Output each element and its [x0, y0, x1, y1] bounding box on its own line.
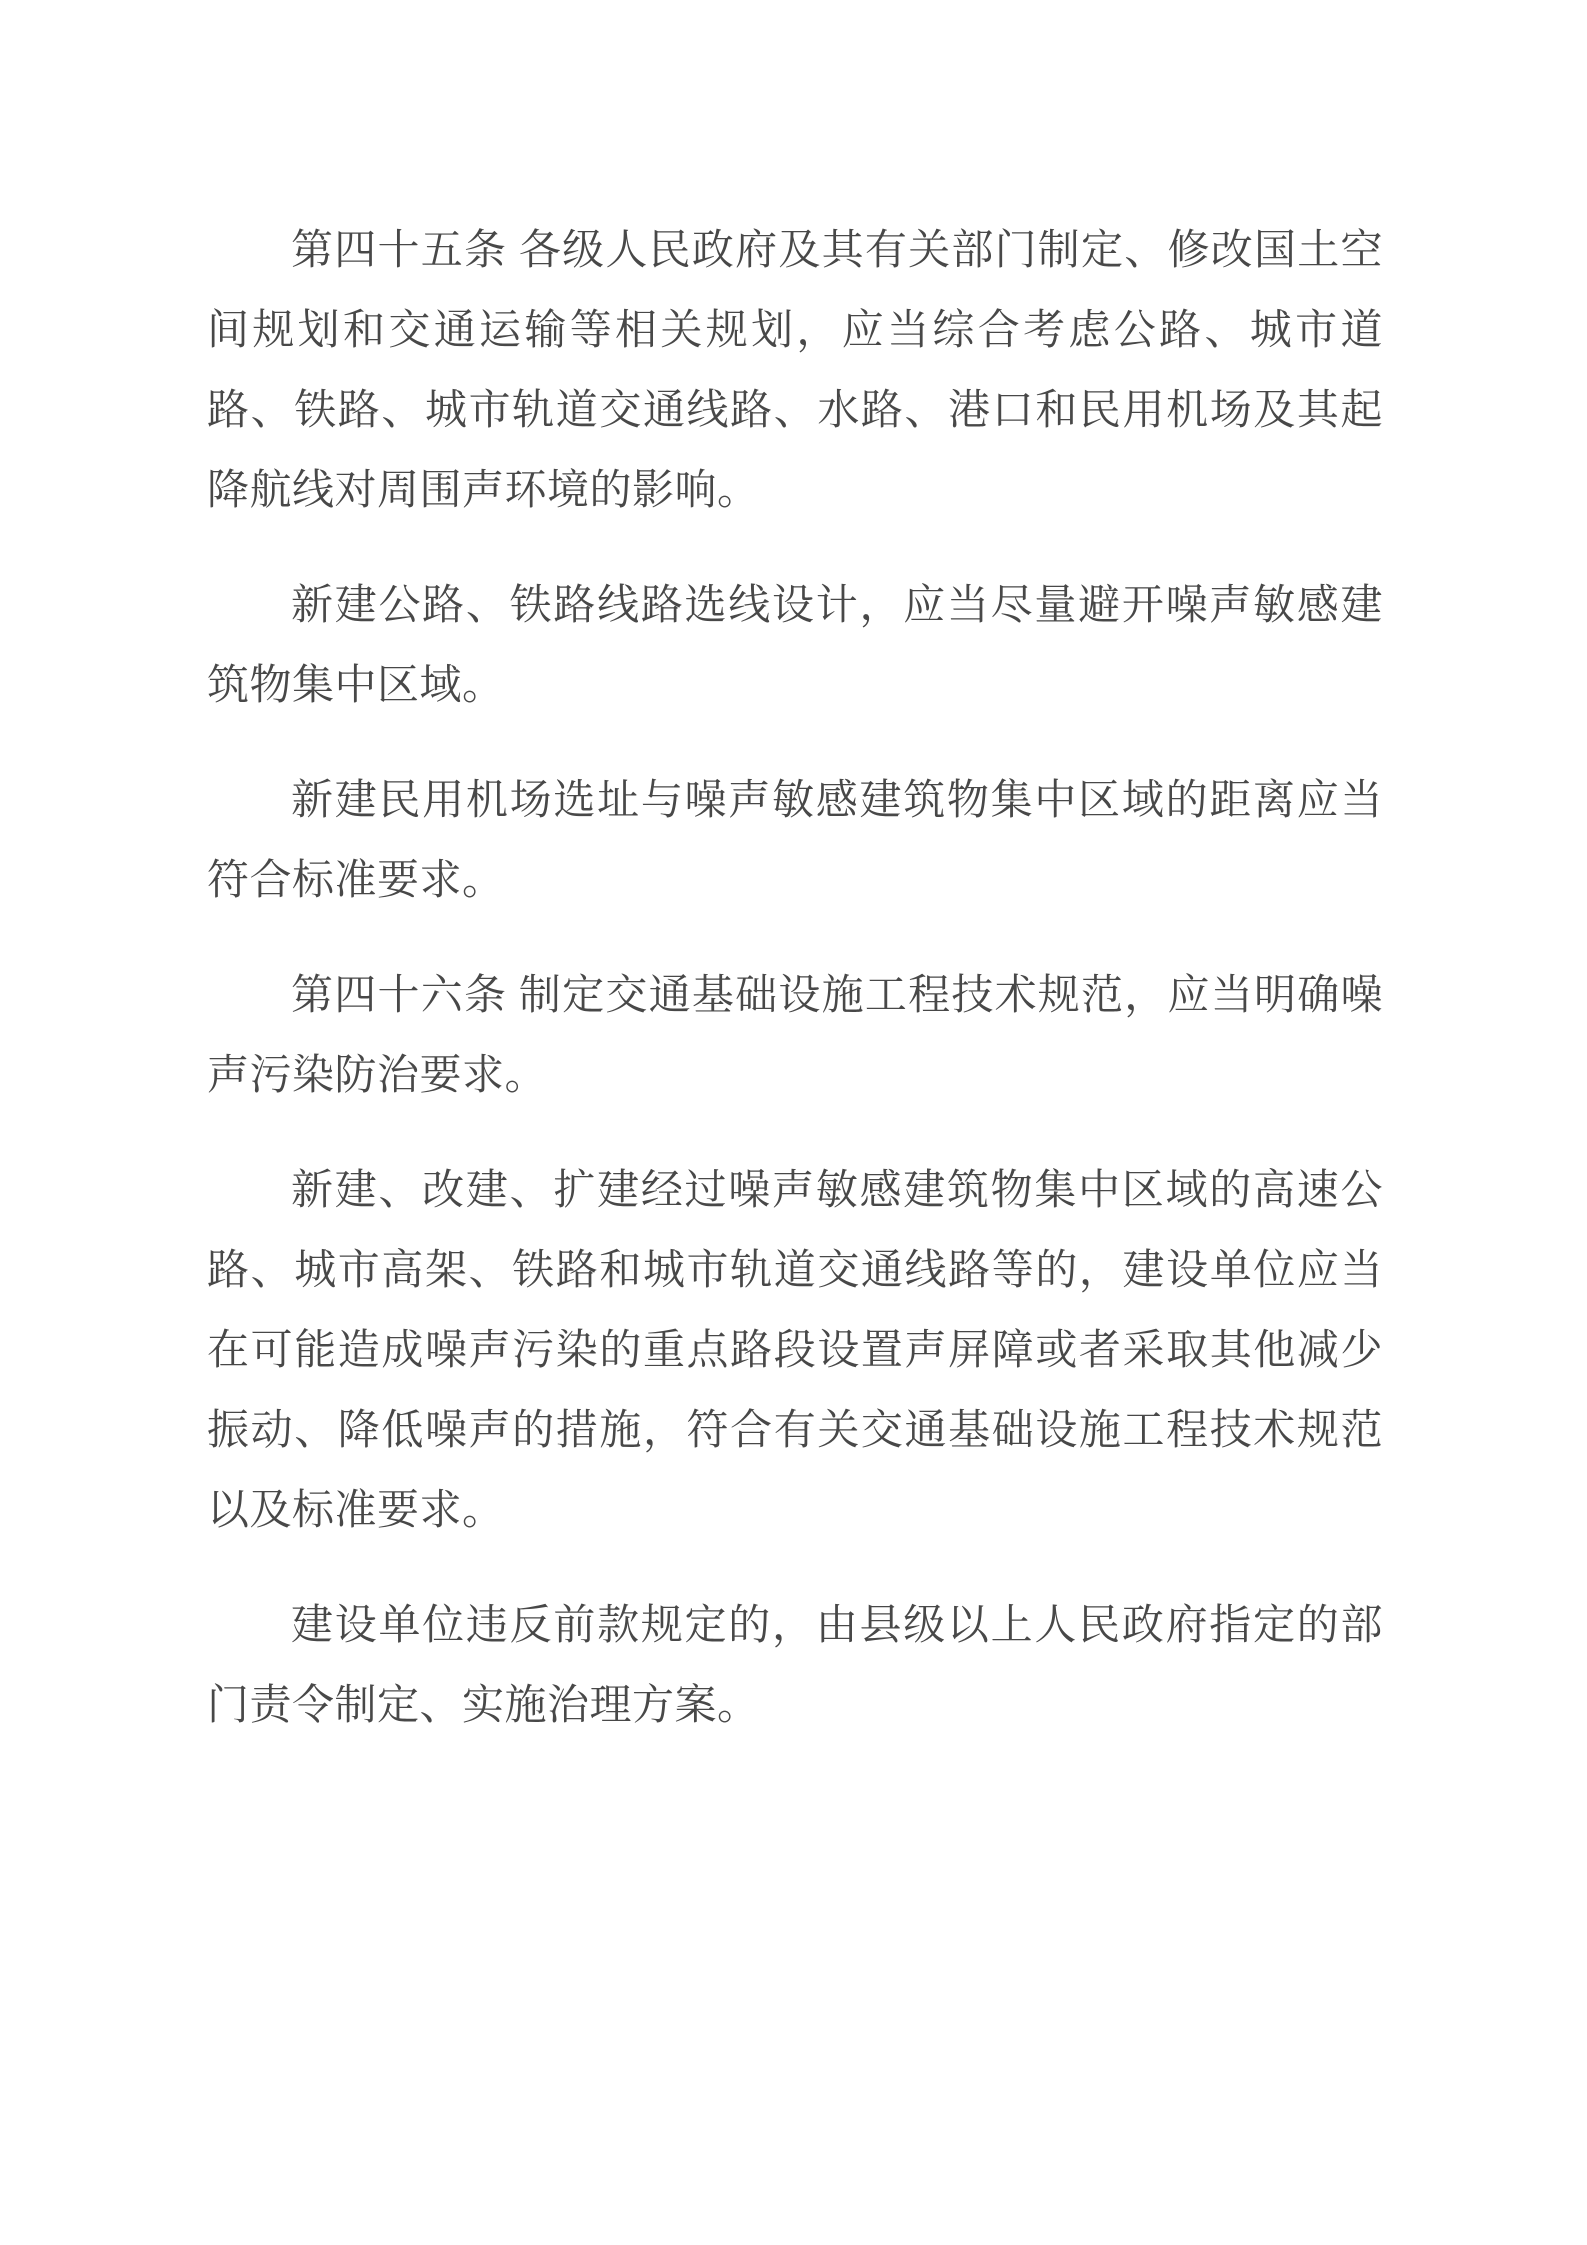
paragraph-article-46: 第四十六条 制定交通基础设施工程技术规范，应当明确噪声污染防治要求。	[207, 956, 1383, 1116]
paragraph-article-46-clause-2: 新建、改建、扩建经过噪声敏感建筑物集中区域的高速公路、城市高架、铁路和城市轨道交…	[207, 1151, 1383, 1551]
paragraph-article-45-clause-2: 新建公路、铁路线路选线设计，应当尽量避开噪声敏感建筑物集中区域。	[207, 566, 1383, 726]
document-page: 第四十五条 各级人民政府及其有关部门制定、修改国土空间规划和交通运输等相关规划，…	[0, 0, 1587, 2245]
paragraph-article-46-clause-3: 建设单位违反前款规定的，由县级以上人民政府指定的部门责令制定、实施治理方案。	[207, 1586, 1383, 1746]
paragraph-article-45: 第四十五条 各级人民政府及其有关部门制定、修改国土空间规划和交通运输等相关规划，…	[207, 211, 1383, 531]
paragraph-article-45-clause-3: 新建民用机场选址与噪声敏感建筑物集中区域的距离应当符合标准要求。	[207, 761, 1383, 921]
